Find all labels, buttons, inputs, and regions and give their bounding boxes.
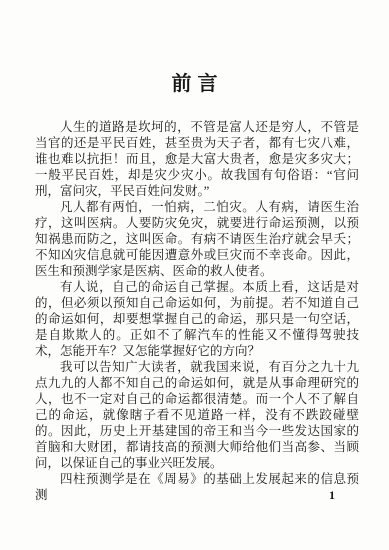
book-page: 前言 人生的道路是坎坷的，不管是富人还是穷人，不管是当官的还是平民百姓，甚至贵为…	[0, 0, 389, 550]
page-number: 1	[329, 488, 335, 502]
body-paragraph: 我可以告知广大读者，就我国来说，有百分之九十九点九九的人都不知自己的命运如何，就…	[35, 359, 359, 471]
body-paragraph: 凡人都有两怕，一怕病，二怕灾。人有病，请医生治疗，这叫医病。人要防灾免灾，就要进…	[35, 199, 359, 279]
body-text: 人生的道路是坎坷的，不管是富人还是穷人，不管是当官的还是平民百姓，甚至贵为天子者…	[35, 119, 359, 503]
page-title: 前言	[0, 0, 389, 94]
body-paragraph: 有人说，自己的命运自己掌握。本质上看，这话是对的，但必须以预知自己命运如何，为前…	[35, 279, 359, 359]
body-paragraph: 人生的道路是坎坷的，不管是富人还是穷人，不管是当官的还是平民百姓，甚至贵为天子者…	[35, 119, 359, 199]
body-paragraph: 四柱预测学是在《周易》的基础上发展起来的信息预测	[35, 471, 359, 503]
